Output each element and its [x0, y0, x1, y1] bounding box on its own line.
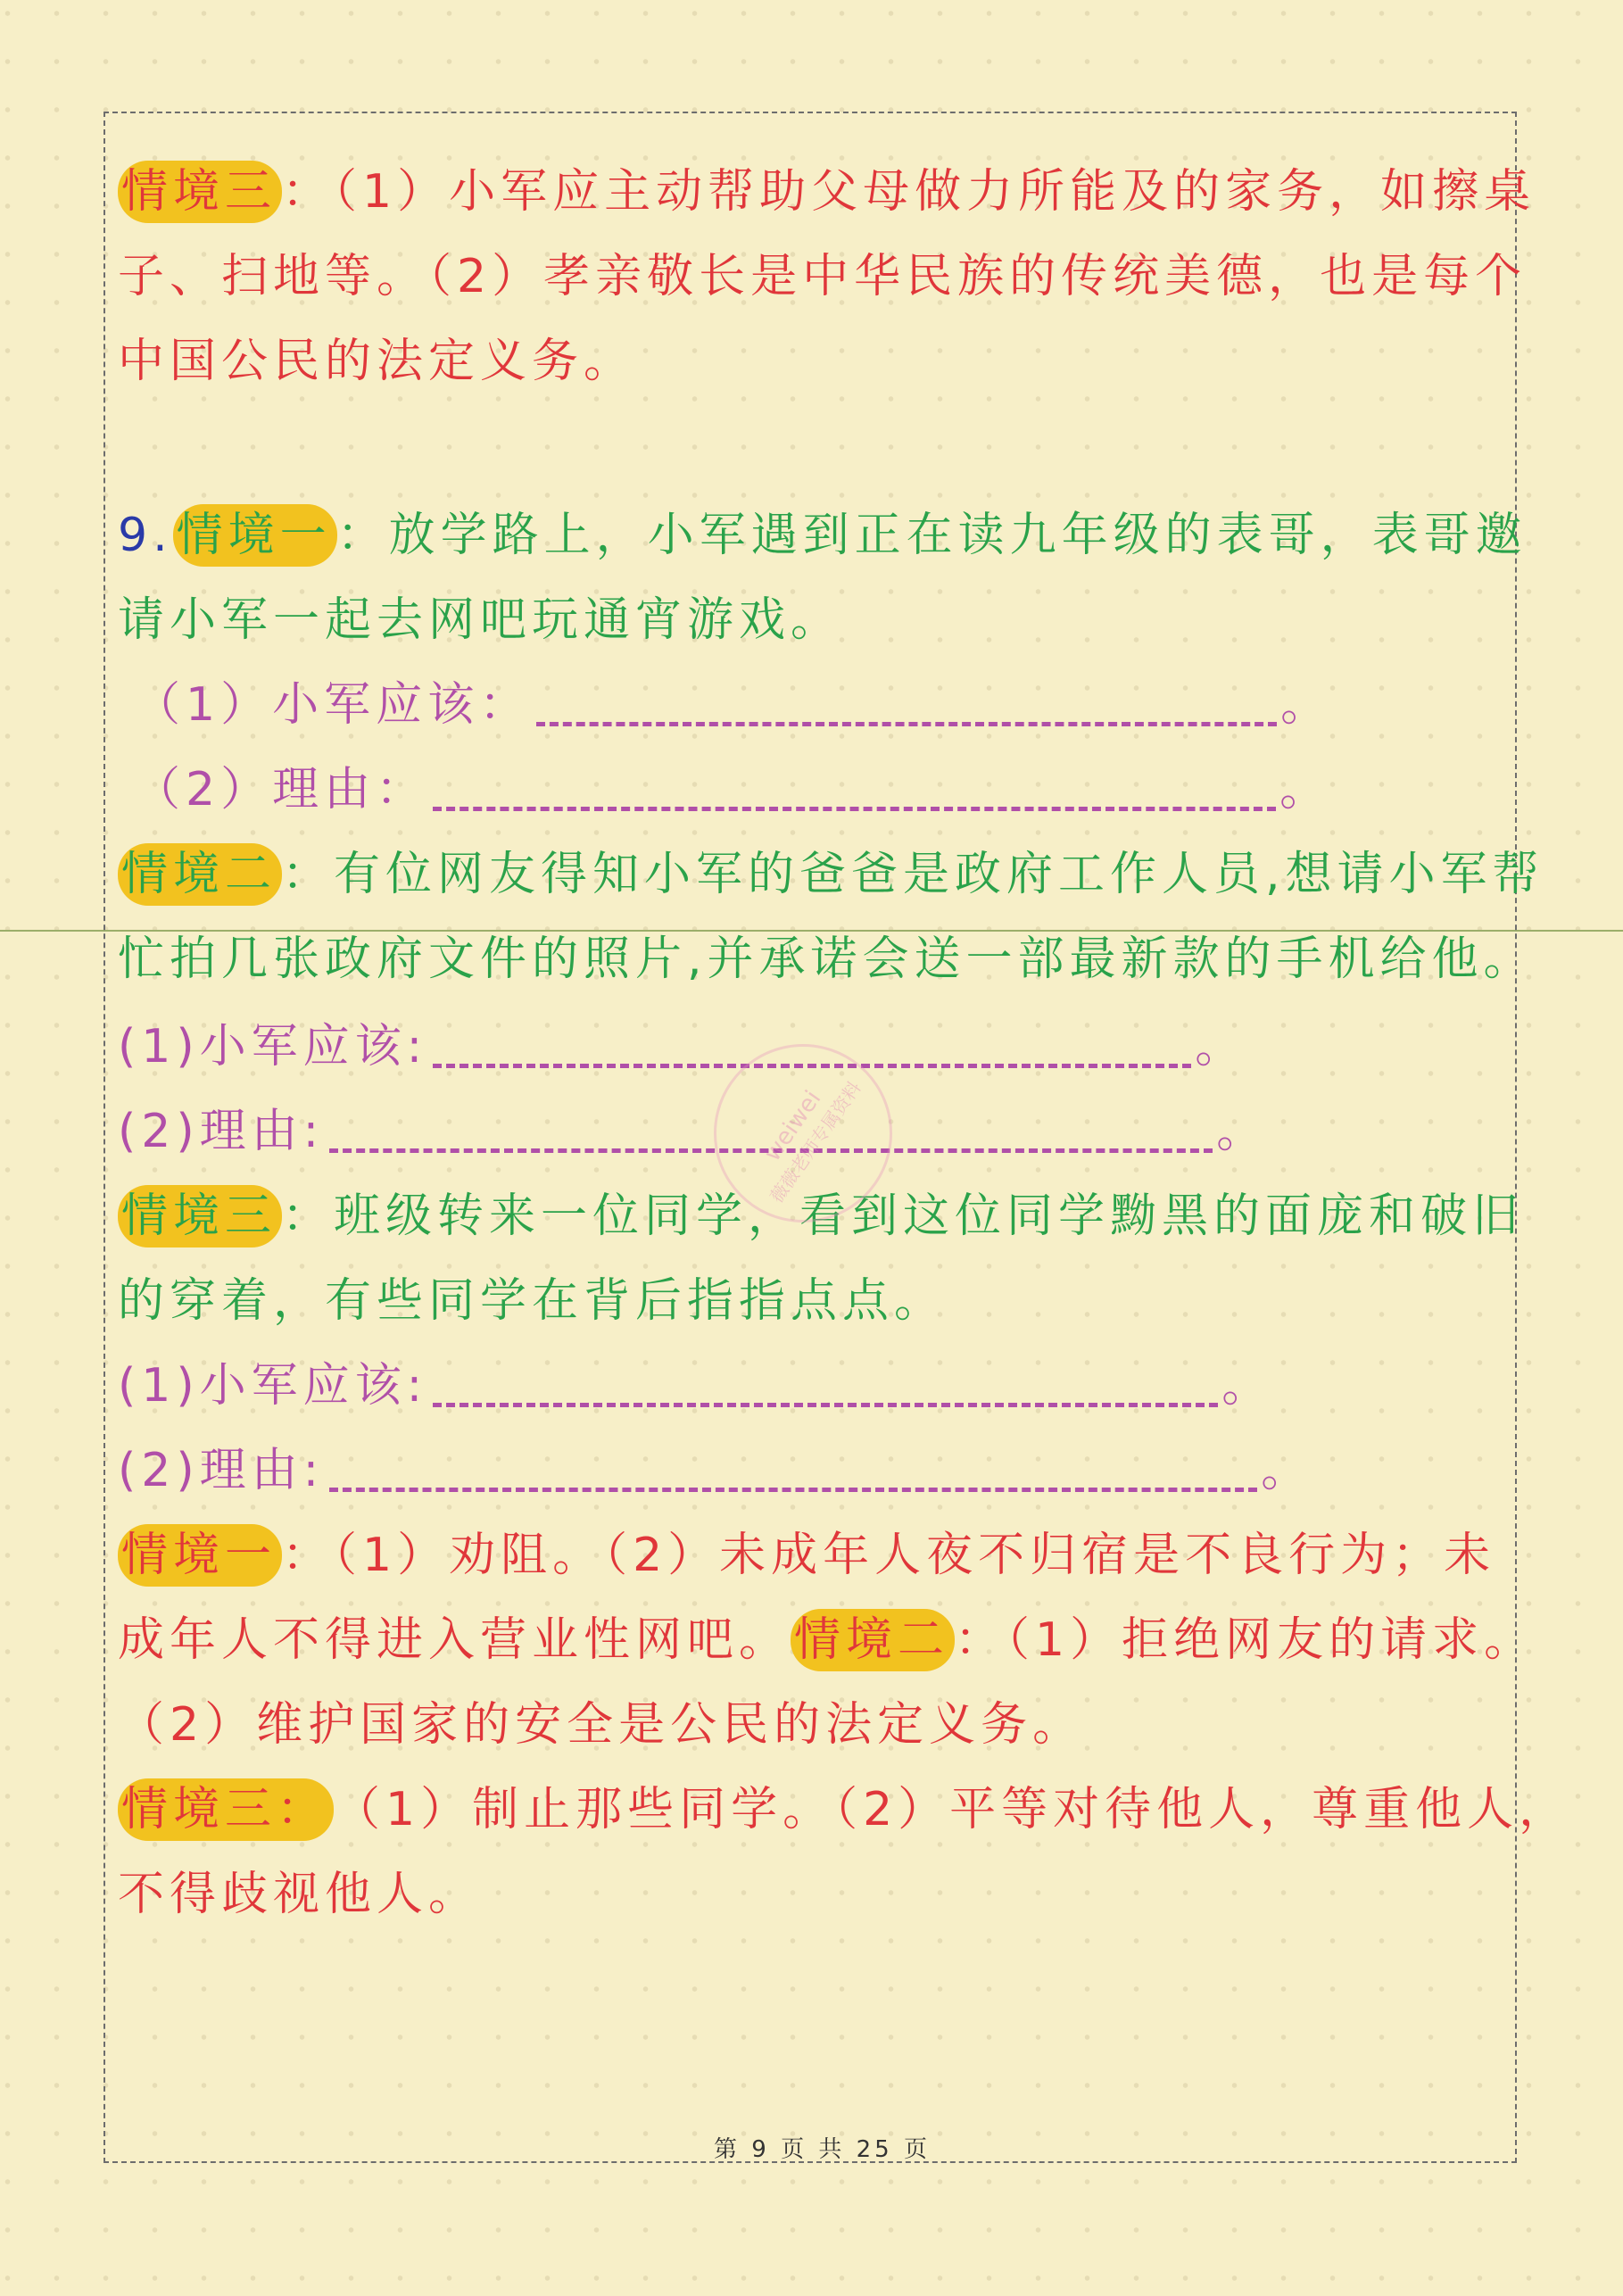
answer-text: ：（1）劝阻。（2）未成年人夜不归宿是不良行为；未 [282, 1529, 1495, 1582]
question-number: 9. [118, 509, 173, 562]
blank-label: (2)理由: [118, 1105, 324, 1158]
blank-label: (1)小军应该: [118, 1359, 427, 1413]
answer-blank[interactable] [433, 1403, 1218, 1407]
blank-label: (1)小军应该: [118, 1020, 427, 1073]
situation-tag: 情境三 [118, 1185, 282, 1247]
answer-text: 成年人不得进入营业性网吧。 [118, 1613, 791, 1667]
situation-tag: 情境二 [118, 843, 282, 906]
q9-s1-answer-2: （2）理由：。 [134, 758, 1331, 821]
answer-blank[interactable] [329, 1488, 1257, 1492]
blank-label: （1）小军应该： [134, 678, 531, 732]
answer-text: ：（1）拒绝网友的请求。 [955, 1613, 1536, 1667]
period: 。 [1280, 678, 1332, 732]
situation-tag: 情境二 [791, 1609, 955, 1671]
q9-s2-answer-2: (2)理由:。 [118, 1100, 1268, 1163]
q9-s3-line-2: 的穿着，有些同学在背后指指点点。 [118, 1270, 946, 1332]
situation-tag: 情境一 [118, 1524, 282, 1587]
answer9-line-2: 成年人不得进入营业性网吧。情境二：（1）拒绝网友的请求。 [118, 1609, 1536, 1671]
answer-prev-line-2: 子、扫地等。（2）孝亲敬长是中华民族的传统美德，也是每个 [118, 245, 1527, 308]
q9-s1-line-2: 请小军一起去网吧玩通宵游戏。 [118, 589, 842, 651]
answer-blank[interactable] [536, 722, 1277, 726]
answer-text: ：（1）小军应主动帮助父母做力所能及的家务，如擦桌 [282, 165, 1536, 219]
period: 。 [1221, 1359, 1273, 1413]
answer9-line-3: （2）维护国家的安全是公民的法定义务。 [118, 1694, 1084, 1756]
answer9-line-1: 情境一：（1）劝阻。（2）未成年人夜不归宿是不良行为；未 [118, 1524, 1495, 1587]
question-text: ：放学路上，小军遇到正在读九年级的表哥，表哥邀 [337, 509, 1528, 562]
q9-s2-line-1: 情境二：有位网友得知小军的爸爸是政府工作人员,想请小军帮 [118, 843, 1544, 906]
answer-prev-line-1: 情境三：（1）小军应主动帮助父母做力所能及的家务，如擦桌 [118, 161, 1536, 223]
q9-s2-line-2: 忙拍几张政府文件的照片,并承诺会送一部最新款的手机给他。 [118, 928, 1536, 991]
blank-label: (2)理由: [118, 1444, 324, 1497]
answer-text: （1）制止那些同学。（2）平等对待他人，尊重他人， [334, 1783, 1570, 1836]
question-text: ：班级转来一位同学，看到这位同学黝黑的面庞和破旧 [282, 1189, 1524, 1243]
situation-tag: 情境三： [118, 1778, 334, 1841]
q9-s1-line-1: 9.情境一：放学路上，小军遇到正在读九年级的表哥，表哥邀 [118, 504, 1528, 567]
situation-tag: 情境三 [118, 161, 282, 223]
question-text: ：有位网友得知小军的爸爸是政府工作人员,想请小军帮 [282, 848, 1544, 901]
period: 。 [1195, 1020, 1246, 1073]
answer-prev-line-3: 中国公民的法定义务。 [118, 330, 635, 393]
period: 。 [1216, 1105, 1268, 1158]
situation-tag: 情境一 [173, 504, 337, 567]
period: 。 [1261, 1444, 1312, 1497]
q9-s3-answer-1: (1)小军应该:。 [118, 1355, 1273, 1417]
answer9-line-4: 情境三：（1）制止那些同学。（2）平等对待他人，尊重他人， [118, 1778, 1570, 1841]
q9-s2-answer-1: (1)小军应该:。 [118, 1015, 1246, 1078]
period: 。 [1279, 763, 1331, 816]
answer9-line-5: 不得歧视他人。 [118, 1863, 480, 1926]
q9-s3-answer-2: (2)理由:。 [118, 1439, 1312, 1502]
q9-s1-answer-1: （1）小军应该：。 [134, 674, 1332, 736]
blank-label: （2）理由： [134, 763, 427, 816]
answer-blank[interactable] [433, 807, 1276, 811]
page-number-footer: 第 9 页 共 25 页 [714, 2131, 931, 2164]
